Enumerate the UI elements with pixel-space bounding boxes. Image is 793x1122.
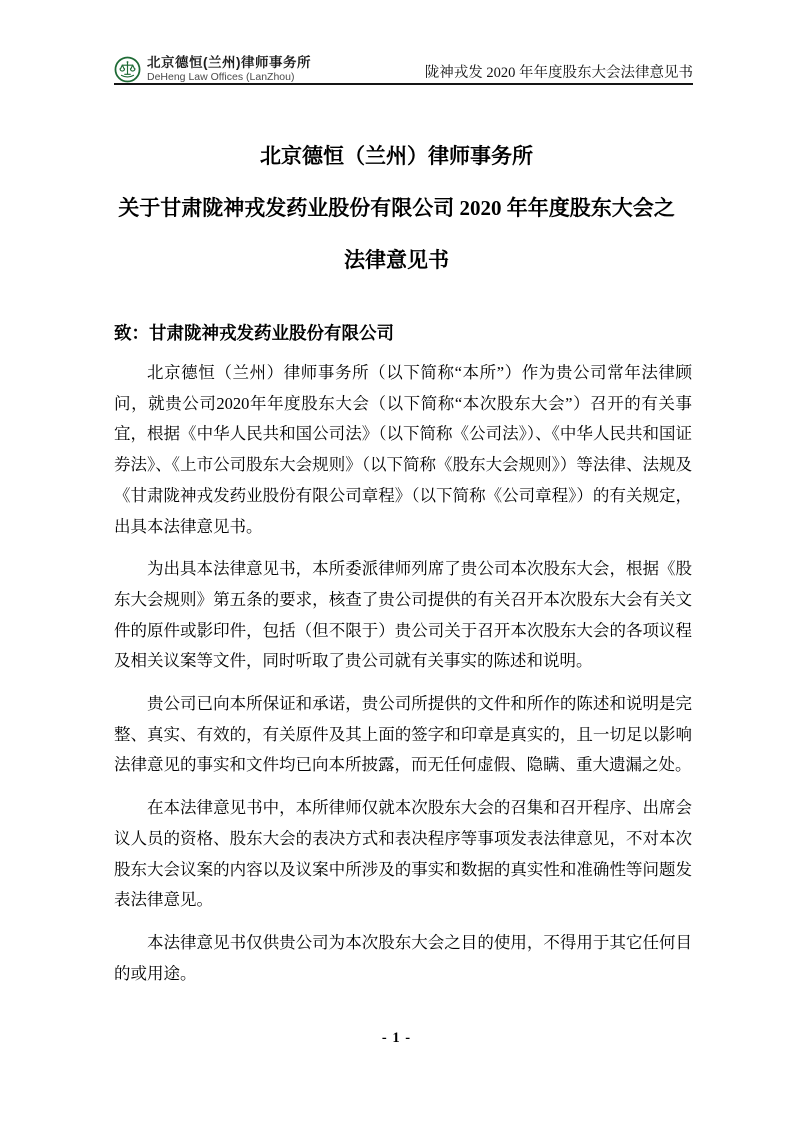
page-header: 北京德恒(兰州)律师事务所 DeHeng Law Offices (LanZho… bbox=[114, 52, 693, 83]
title-line-2: 关于甘肃陇神戎发药业股份有限公司 2020 年年度股东大会之 bbox=[0, 193, 793, 223]
body-paragraph-4: 在本法律意见书中，本所律师仅就本次股东大会的召集和召开程序、出席会议人员的资格、… bbox=[114, 793, 692, 916]
document-title: 北京德恒（兰州）律师事务所 关于甘肃陇神戎发药业股份有限公司 2020 年年度股… bbox=[0, 141, 793, 297]
firm-name-english: DeHeng Law Offices (LanZhou) bbox=[147, 71, 311, 83]
header-divider bbox=[114, 83, 693, 85]
body-paragraph-5: 本法律意见书仅供贵公司为本次股东大会之目的使用，不得用于其它任何目的或用途。 bbox=[114, 928, 692, 989]
title-line-1: 北京德恒（兰州）律师事务所 bbox=[0, 141, 793, 171]
body-paragraph-1: 北京德恒（兰州）律师事务所（以下简称“本所”）作为贵公司常年法律顾问，就贵公司2… bbox=[114, 358, 692, 542]
firm-name-block: 北京德恒(兰州)律师事务所 DeHeng Law Offices (LanZho… bbox=[147, 55, 311, 83]
body-paragraph-2: 为出具本法律意见书，本所委派律师列席了贵公司本次股东大会，根据《股东大会规则》第… bbox=[114, 554, 692, 677]
header-document-reference: 陇神戎发 2020 年年度股东大会法律意见书 bbox=[425, 61, 693, 83]
salutation-line: 致：甘肃陇神戎发药业股份有限公司 bbox=[114, 320, 394, 346]
firm-identity: 北京德恒(兰州)律师事务所 DeHeng Law Offices (LanZho… bbox=[114, 55, 311, 83]
firm-name-chinese: 北京德恒(兰州)律师事务所 bbox=[147, 55, 311, 71]
page-footer: - 1 - bbox=[0, 1030, 793, 1047]
deheng-scales-logo-icon bbox=[114, 56, 141, 83]
document-page: 北京德恒(兰州)律师事务所 DeHeng Law Offices (LanZho… bbox=[0, 0, 793, 1122]
body-paragraph-3: 贵公司已向本所保证和承诺，贵公司所提供的文件和所作的陈述和说明是完整、真实、有效… bbox=[114, 689, 692, 781]
title-line-3: 法律意见书 bbox=[0, 245, 793, 275]
document-body: 北京德恒（兰州）律师事务所（以下简称“本所”）作为贵公司常年法律顾问，就贵公司2… bbox=[114, 358, 692, 1001]
page-number: - 1 - bbox=[382, 1030, 411, 1046]
